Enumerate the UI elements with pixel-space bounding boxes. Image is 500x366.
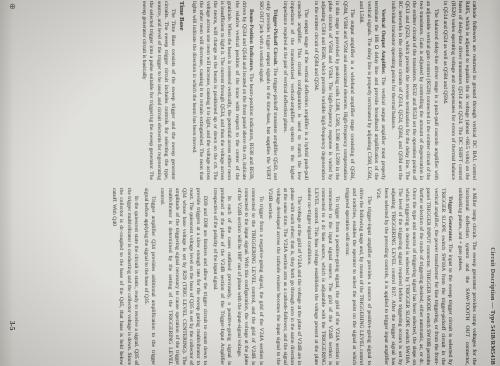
paragraph: The voltage at the grid of V24A and the … [266, 188, 302, 365]
rotated-page: Circuit Description — Type 543B/RM543B c… [0, 0, 500, 366]
paragraph: To trigger from a negative-going signal,… [235, 188, 264, 365]
runin-heading: Vertical Output Amplifier. [380, 9, 386, 74]
paragraph: The Time Base consists of the sweep trig… [140, 1, 176, 180]
runin-heading: Trigger Generator. [447, 196, 453, 242]
paragraph: Trigger Generator. The input to the swee… [374, 188, 453, 365]
paragraph: The balanced delay-line driver stage is … [389, 1, 439, 180]
runin-heading: Trigger-Pickoff Circuit. [272, 9, 278, 66]
page-number: 3-5 [8, 321, 16, 330]
paragraph: To trigger from a positive-going signal,… [305, 188, 341, 365]
registration-mark-icon: ⊕ [8, 3, 17, 10]
paragraph: D39 and D38 are limiters and allow the t… [158, 188, 208, 365]
page-header: Circuit Description — Type 543B/RM543B [489, 247, 495, 365]
paragraph: Trigger-Pickoff Circuit. The trigger-pic… [257, 1, 278, 180]
paragraph: In each of the cases outlined previously… [211, 188, 232, 365]
paragraph: The output amplifier is a wideband ampli… [312, 1, 355, 180]
scanned-manual-page: Circuit Description — Type 543B/RM543B c… [0, 0, 500, 366]
paragraph: The trigger-input amplifier provides a s… [343, 188, 372, 365]
paragraph: Vertical Output Amplifier. The vertical … [357, 1, 386, 180]
section-heading: Time Base [178, 1, 185, 180]
paragraph: The output stage of the vertical deflect… [281, 1, 310, 180]
left-column: cathode followers are returned to ground… [137, 1, 477, 180]
paragraph: In the quiescent state the circuit is st… [110, 188, 139, 365]
runin-heading: Beam-Position Indicators. [248, 9, 254, 72]
paragraph: Beam-Position Indicators. The beam-posit… [190, 1, 254, 180]
paragraph: cathode followers are returned to ground… [441, 1, 477, 180]
paragraph: Trigger amplifier Q34 provides additiona… [141, 188, 155, 365]
paragraph: a Miller ramp circuit. The sweep generat… [456, 188, 477, 365]
right-column: a Miller ramp circuit. The sweep generat… [108, 188, 477, 365]
